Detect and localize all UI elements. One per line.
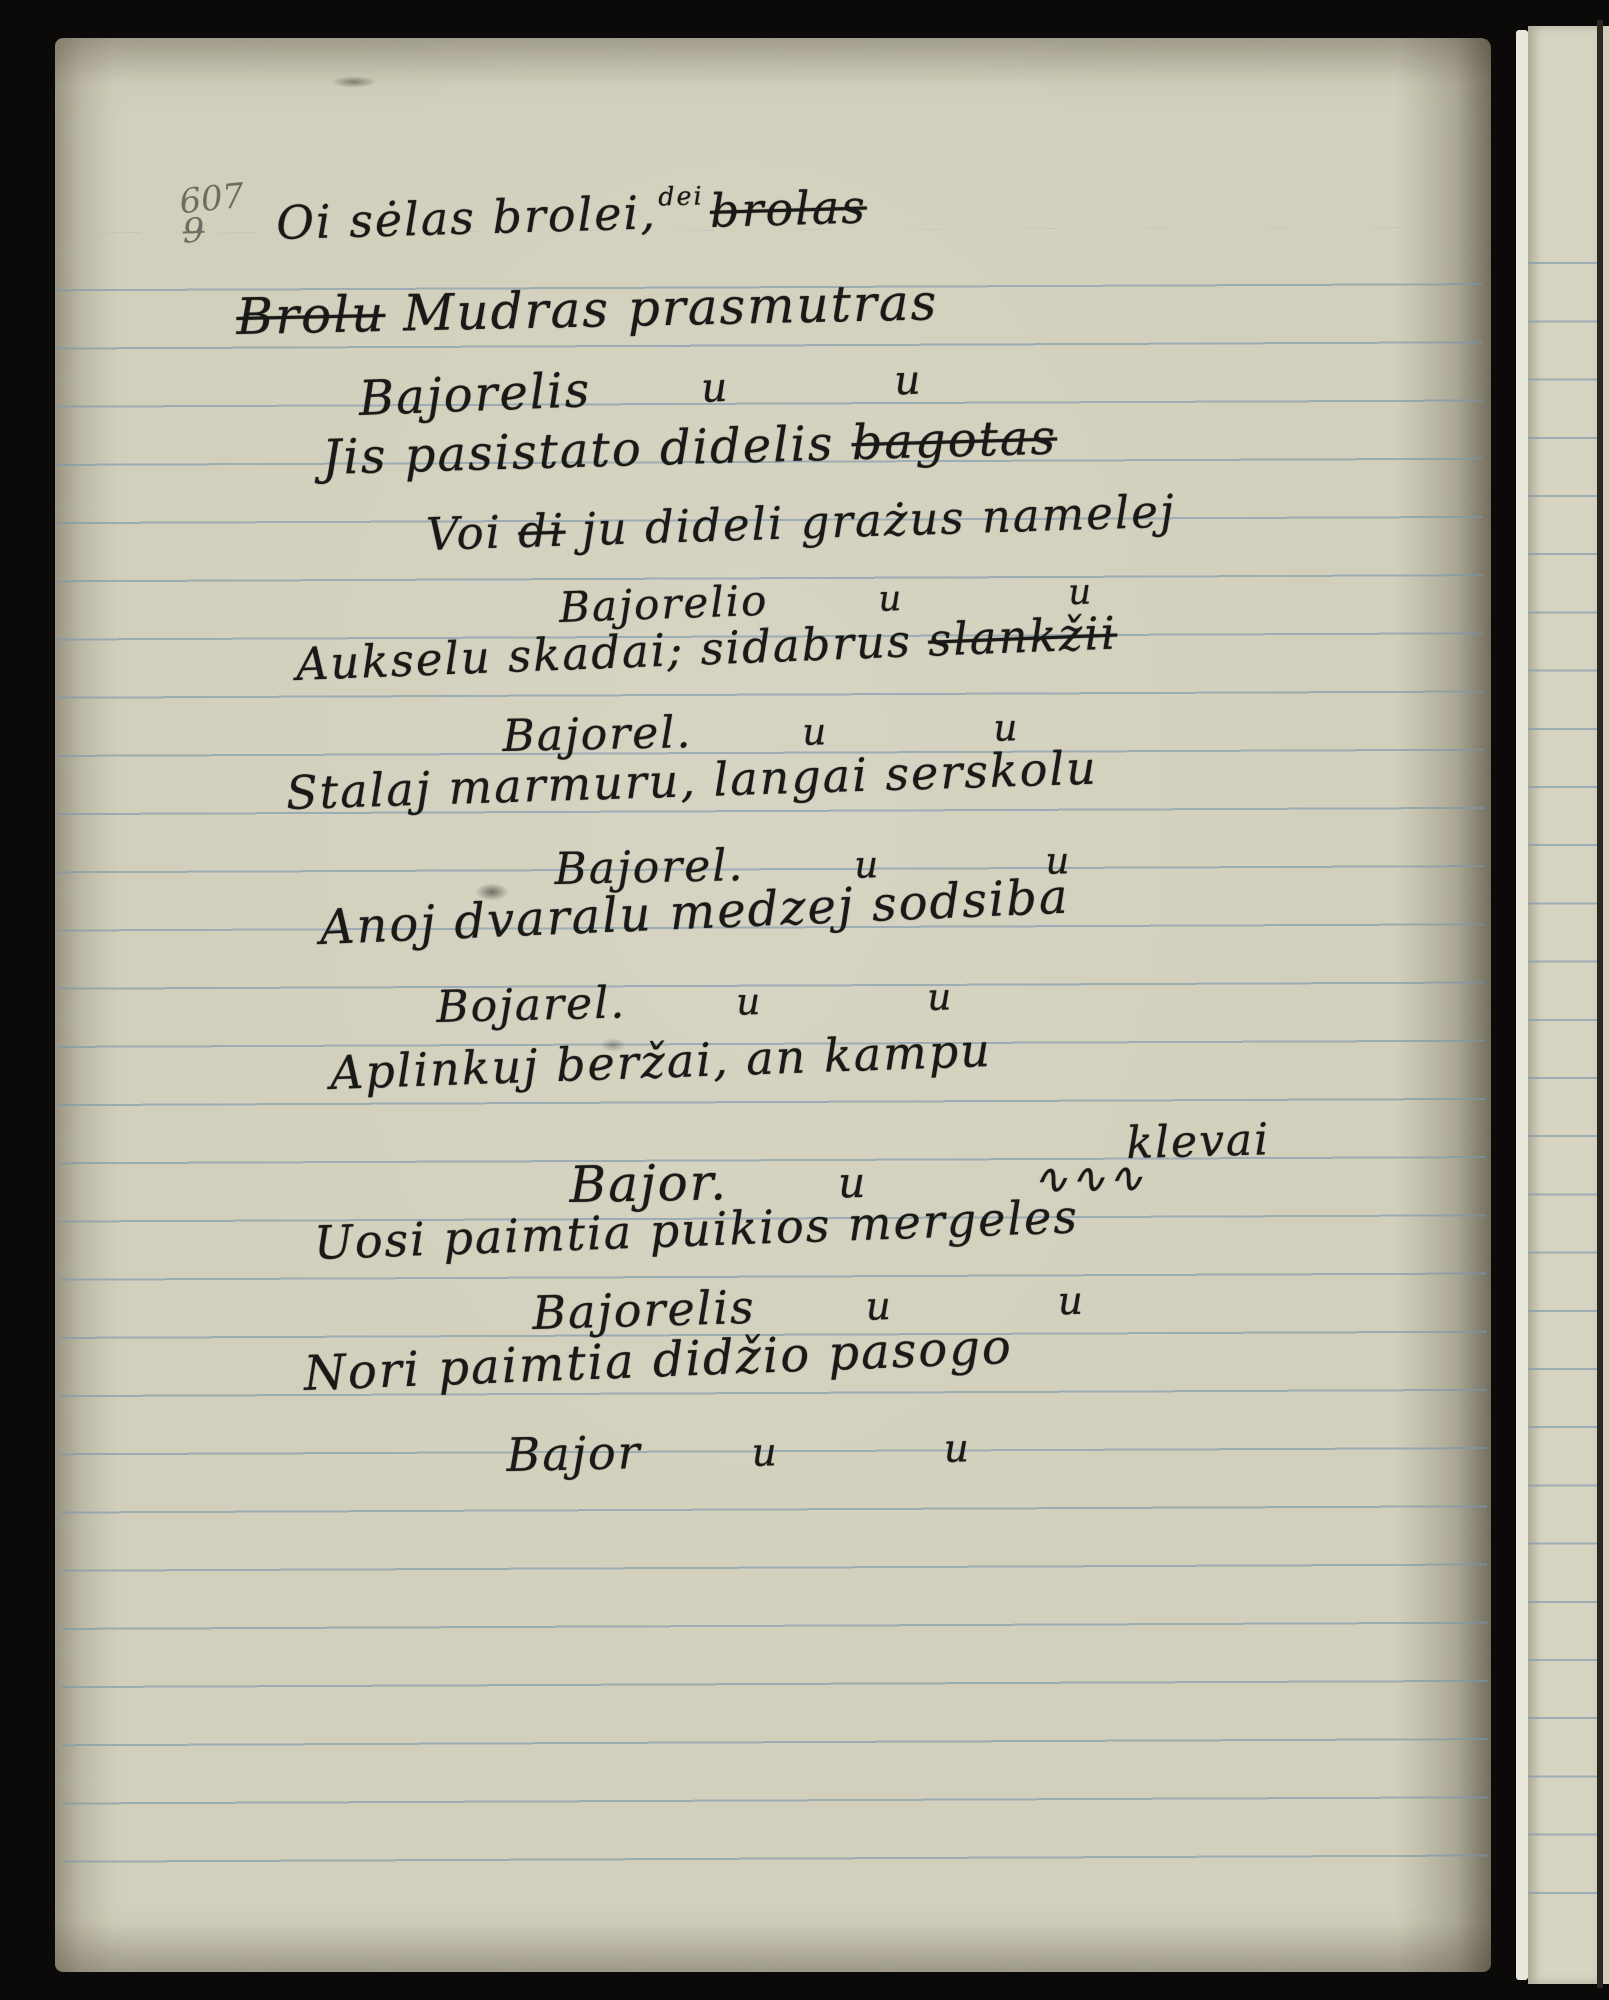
handwritten-text: Bajorelis <box>358 362 592 427</box>
ditto-mark: u <box>893 355 923 404</box>
manuscript-line: Bajoruu <box>506 1418 972 1482</box>
manuscript-line: klevai <box>1126 1114 1271 1169</box>
handwriting-layer: 607 9 Oi sėlas brolei,deibrolas Brolu Mu… <box>55 38 1491 1972</box>
far-page-edge <box>1603 26 1609 1984</box>
struck-word: Brolu <box>236 285 386 346</box>
ditto-mark: u <box>927 974 954 1019</box>
ditto-mark: u <box>1057 1279 1085 1325</box>
manuscript-line: Voi di ju dideli grażus namelej <box>425 484 1176 561</box>
handwritten-text: Bojarel. <box>436 977 627 1033</box>
ditto-mark: u <box>943 1426 971 1472</box>
scanned-manuscript: 607 9 Oi sėlas brolei,deibrolas Brolu Mu… <box>0 0 1609 2000</box>
ditto-mark: u <box>878 578 904 620</box>
ditto-mark: u <box>736 979 763 1024</box>
handwritten-text: Jis pasistato didelis <box>321 415 852 486</box>
struck-word: brolas <box>709 180 867 238</box>
handwritten-text: Stalaj marmuru, langai serskolu <box>285 741 1098 820</box>
manuscript-line: Aplinkuj beržai, an kampu <box>329 1023 993 1100</box>
manuscript-line: Bojarel.uu <box>436 969 954 1033</box>
struck-word: bagotas <box>851 409 1058 471</box>
notebook-page: 607 9 Oi sėlas brolei,deibrolas Brolu Mu… <box>55 38 1491 1972</box>
next-page-bright-edge <box>1516 30 1528 1980</box>
manuscript-line: Stalaj marmuru, langai serskolu <box>285 741 1098 820</box>
crossed-number: 9 <box>182 216 205 247</box>
handwritten-text: Bajor <box>506 1425 642 1482</box>
struck-word: slankžii <box>927 606 1118 666</box>
handwritten-text: Aukselu skadai; sidabrus <box>295 614 929 691</box>
handwritten-text: Mudras prasmutras <box>385 273 939 343</box>
handwritten-text: Aplinkuj beržai, an kampu <box>329 1023 993 1100</box>
ditto-mark: u <box>751 1430 779 1476</box>
manuscript-line: Brolu Mudras prasmutras <box>236 273 939 346</box>
pencil-page-number: 607 9 <box>178 181 249 247</box>
handwritten-text: Voi <box>425 505 519 561</box>
handwritten-text: klevai <box>1126 1114 1271 1169</box>
inserted-word: dei <box>658 181 704 211</box>
manuscript-line: Oi sėlas brolei,deibrolas <box>275 180 867 250</box>
struck-word: di <box>517 504 566 558</box>
handwritten-text: Oi sėlas brolei, <box>275 185 657 250</box>
ditto-mark: u <box>700 363 730 412</box>
ditto-mark: u <box>802 709 829 754</box>
handwritten-text: ju dideli grażus namelej <box>565 484 1177 556</box>
next-page-ruled-lines <box>1528 206 1597 1924</box>
next-page-edge <box>1528 26 1597 1984</box>
